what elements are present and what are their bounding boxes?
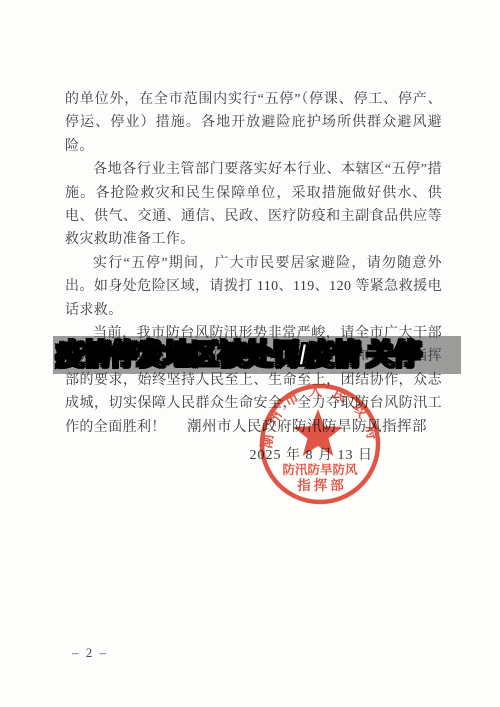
- official-seal: 潮州市人民政府 防汛防旱防风 指挥部: [256, 380, 384, 508]
- seal-text-line2: 指挥部: [297, 477, 347, 493]
- document-page: { "doc": { "paragraphs": [ "的单位外，在全市范围内实…: [0, 0, 500, 707]
- document-text-block: 的单位外，在全市范围内实行“五停”（停课、停工、停产、停运、停业）措施。各地开放…: [65, 88, 442, 439]
- page-number: – 2 –: [72, 645, 108, 661]
- seal-text-line1: 防汛防旱防风: [282, 462, 358, 477]
- caption-headline: 疫情停发地区被处罚/疫情 关停: [56, 336, 421, 374]
- paragraph-five-stops-measures: 各地各行业主管部门要落实好本行业、本辖区“五停”措施。各抢险救灾和民生保障单位，…: [65, 158, 442, 252]
- paragraph-continuation: 的单位外，在全市范围内实行“五停”（停课、停工、停产、停运、停业）措施。各地开放…: [65, 88, 442, 158]
- seal-star-icon: [293, 409, 342, 456]
- paragraph-stay-home: 实行“五停”期间，广大市民要居家避险，请勿随意外出。如身处危险区域，请拨打 11…: [65, 252, 442, 322]
